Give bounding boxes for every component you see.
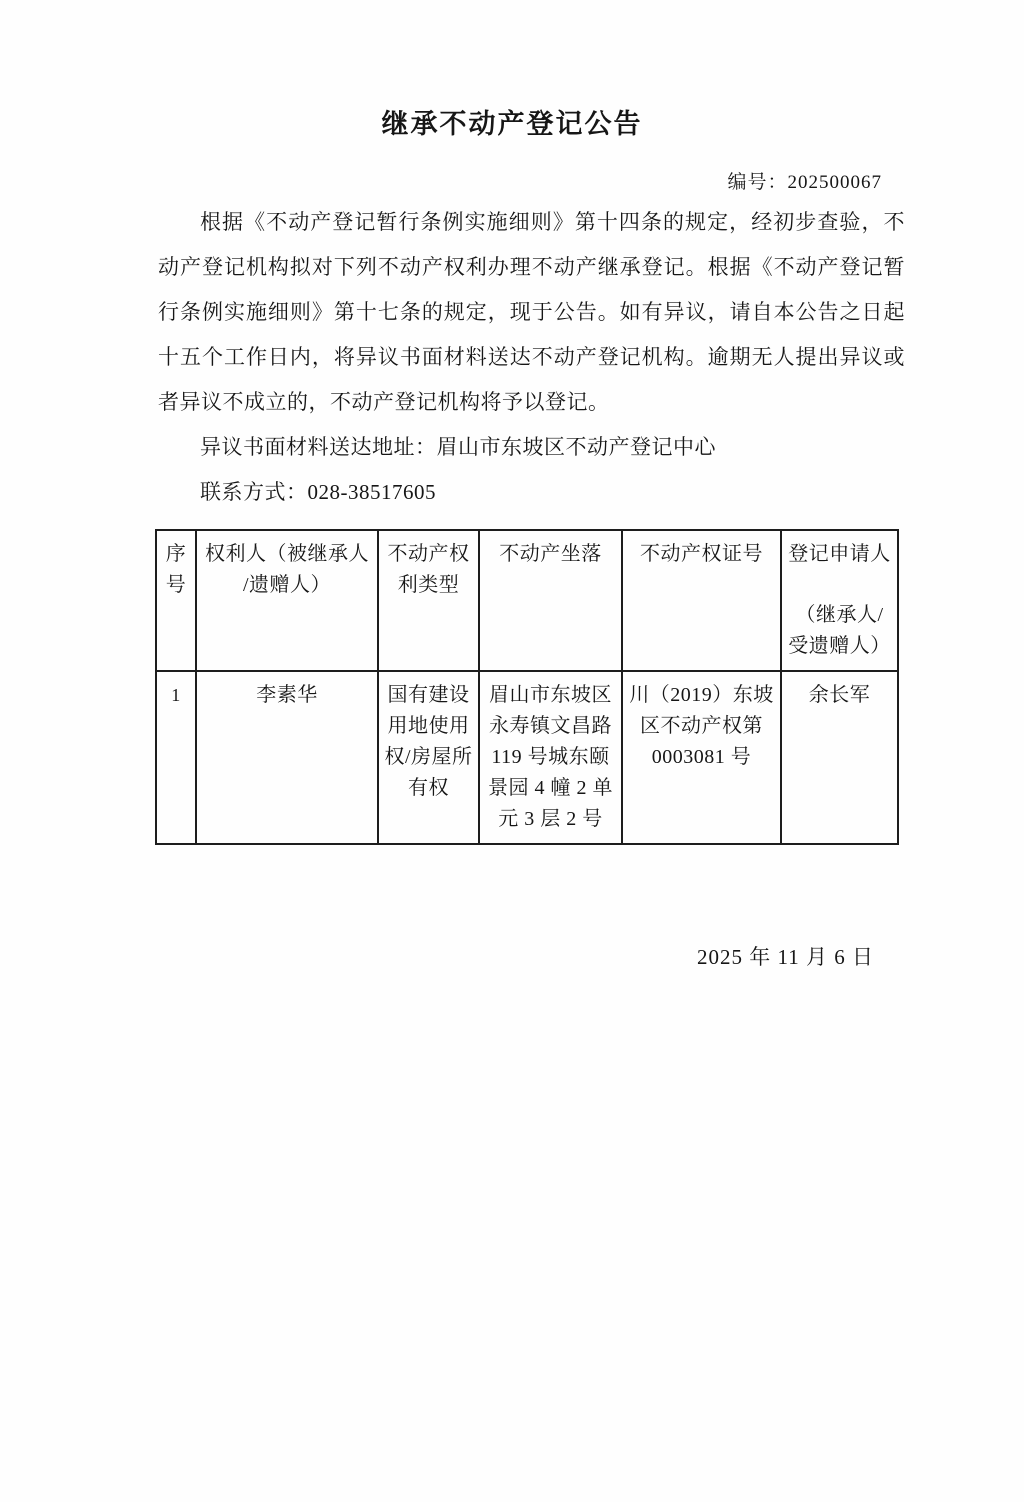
header-holder: 权利人（被继承人 /遗赠人） bbox=[196, 530, 378, 671]
header-seq: 序 号 bbox=[156, 530, 196, 671]
cell-applicant: 余长军 bbox=[781, 671, 898, 844]
header-location: 不动产坐落 bbox=[479, 530, 622, 671]
doc-number-value: 202500067 bbox=[788, 172, 883, 193]
objection-address-line: 异议书面材料送达地址：眉山市东坡区不动产登记中心 bbox=[158, 425, 905, 470]
header-right-type: 不动产权 利类型 bbox=[378, 530, 479, 671]
registration-table: 序 号 权利人（被继承人 /遗赠人） 不动产权 利类型 不动产坐落 不动产权证号… bbox=[155, 529, 899, 845]
header-applicant-top: 登记申请人 bbox=[787, 539, 892, 570]
announcement-date: 2025 年 11 月 6 日 bbox=[697, 941, 1024, 971]
contact-line: 联系方式：028-38517605 bbox=[158, 470, 905, 515]
cell-cert-no: 川（2019）东坡 区不动产权第 0003081 号 bbox=[622, 671, 781, 844]
header-cert-no: 不动产权证号 bbox=[622, 530, 781, 671]
cell-seq: 1 bbox=[156, 671, 196, 844]
table-row: 1 李素华 国有建设 用地使用 权/房屋所 有权 眉山市东坡区 永寿镇文昌路 1… bbox=[156, 671, 898, 844]
table-header-row: 序 号 权利人（被继承人 /遗赠人） 不动产权 利类型 不动产坐落 不动产权证号… bbox=[156, 530, 898, 671]
announcement-body-paragraph: 根据《不动产登记暂行条例实施细则》第十四条的规定，经初步查验，不动产登记机构拟对… bbox=[158, 200, 905, 425]
cell-holder: 李素华 bbox=[196, 671, 378, 844]
header-applicant: 登记申请人 （继承人/ 受遗赠人） bbox=[781, 530, 898, 671]
doc-number-label: 编号： bbox=[727, 172, 787, 193]
cell-location: 眉山市东坡区 永寿镇文昌路 119 号城东颐 景园 4 幢 2 单 元 3 层 … bbox=[479, 671, 622, 844]
cell-right-type: 国有建设 用地使用 权/房屋所 有权 bbox=[378, 671, 479, 844]
announcement-document: 继承不动产登记公告 编号：202500067 根据《不动产登记暂行条例实施细则》… bbox=[0, 0, 1024, 1502]
page-title: 继承不动产登记公告 bbox=[0, 0, 1024, 141]
header-applicant-bottom: （继承人/ 受遗赠人） bbox=[787, 600, 892, 662]
doc-number-line: 编号：202500067 bbox=[0, 167, 1024, 194]
